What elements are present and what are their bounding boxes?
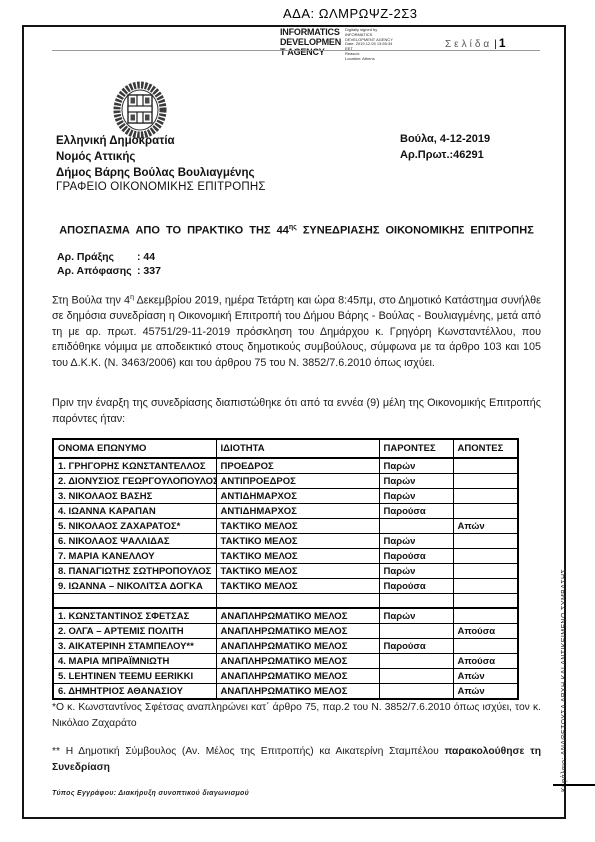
cell-role: ΤΑΚΤΙΚΟ ΜΕΛΟΣ (216, 519, 379, 534)
cell-role: ΠΡΟΕΔΡΟΣ (216, 458, 379, 474)
table-row: 5. ΝΙΚΟΛΑΟΣ ΖΑΧΑΡΑΤΟΣ*ΤΑΚΤΙΚΟ ΜΕΛΟΣΑπών (53, 519, 518, 534)
cell-absent (453, 564, 518, 579)
decision-number-line: Αρ. Απόφασης: 337 (57, 264, 161, 278)
footnote-1: *Ο κ. Κωνσταντίνος Σφέτσας αναπληρώνει κ… (52, 700, 541, 731)
attendance-table: ΟΝΟΜΑ ΕΠΩΝΥΜΟ ΙΔΙΟΤΗΤΑ ΠΑΡΟΝΤΕΣ ΑΠΟΝΤΕΣ … (52, 438, 519, 700)
body-paragraph-1: Στη Βούλα την 4η Δεκεμβρίου 2019, ημέρα … (52, 290, 541, 371)
cell-present: Παρών (379, 608, 453, 624)
cell-absent (453, 489, 518, 504)
place-date: Βούλα, 4-12-2019 (400, 131, 490, 147)
cell-name: 3. ΑΙΚΑΤΕΡΙΝΗ ΣΤΑΜΠΕΛΟΥ** (53, 639, 216, 654)
table-row: 4. ΜΑΡΙΑ ΜΠΡΑΪΜΝΙΩΤΗΑΝΑΠΛΗΡΩΜΑΤΙΚΟ ΜΕΛΟΣ… (53, 654, 518, 669)
page-indicator: Σελίδα|1 (445, 36, 506, 50)
cell-name: 4. ΙΩΑΝΝΑ ΚΑΡΑΠΑΝ (53, 504, 216, 519)
page-indicator-separator: | (494, 39, 497, 50)
cell-absent (453, 639, 518, 654)
cell-absent (453, 579, 518, 594)
protocol-number: Αρ.Πρωτ.:46291 (400, 147, 490, 163)
act-value: : 44 (137, 251, 155, 263)
cell-name: 6. ΝΙΚΟΛΑΟΣ ΨΑΛΛΙΔΑΣ (53, 534, 216, 549)
cell-absent (453, 534, 518, 549)
cell-present (379, 624, 453, 639)
cell-present (379, 684, 453, 700)
cell-role: ΑΝΤΙΔΗΜΑΡΧΟΣ (216, 489, 379, 504)
table-row: 1. ΚΩΝΣΤΑΝΤΙΝΟΣ ΣΦΕΤΣΑΣΑΝΑΠΛΗΡΩΜΑΤΙΚΟ ΜΕ… (53, 608, 518, 624)
margin-tick-line (553, 784, 595, 786)
cell-present: Παρούσα (379, 579, 453, 594)
cell-present (379, 669, 453, 684)
table-row: 4. ΙΩΑΝΝΑ ΚΑΡΑΠΑΝΑΝΤΙΔΗΜΑΡΧΟΣΠαρούσα (53, 504, 518, 519)
cell-present: Παρούσα (379, 504, 453, 519)
cell-name: 5. LEHTINEN TEEMU EERIKKI (53, 669, 216, 684)
spacer-cell (216, 594, 379, 609)
cell-role: ΑΝΑΠΛΗΡΩΜΑΤΙΚΟ ΜΕΛΟΣ (216, 608, 379, 624)
table-row: 6. ΔΗΜΗΤΡΙΟΣ ΑΘΑΝΑΣΙΟΥΑΝΑΠΛΗΡΩΜΑΤΙΚΟ ΜΕΛ… (53, 684, 518, 700)
table-row: 9. ΙΩΑΝΝΑ – ΝΙΚΟΛΙΤΣΑ ΔΟΓΚΑΤΑΚΤΙΚΟ ΜΕΛΟΣ… (53, 579, 518, 594)
cell-present: Παρών (379, 474, 453, 489)
table-row: 6. ΝΙΚΟΛΑΟΣ ΨΑΛΛΙΔΑΣΤΑΚΤΙΚΟ ΜΕΛΟΣΠαρών (53, 534, 518, 549)
spacer-cell (453, 594, 518, 609)
cell-role: ΤΑΚΤΙΚΟ ΜΕΛΟΣ (216, 534, 379, 549)
stamp-agency-line: DEVELOPMEN (280, 37, 341, 47)
greek-republic-emblem (112, 80, 168, 140)
cell-absent (453, 458, 518, 474)
act-number-line: Αρ. Πράξης: 44 (57, 250, 161, 264)
decision-value: : 337 (137, 265, 161, 277)
cell-absent: Απών (453, 519, 518, 534)
cell-role: ΑΝΑΠΛΗΡΩΜΑΤΙΚΟ ΜΕΛΟΣ (216, 639, 379, 654)
document-page: ΑΔΑ: ΩΛΜΡΩΨΖ-2Σ3 INFORMATICSDEVELOPMENT … (0, 0, 595, 842)
header-rule (52, 50, 540, 51)
cell-present (379, 654, 453, 669)
stamp-agency-name: INFORMATICSDEVELOPMENT AGENCY (280, 27, 341, 62)
cell-role: ΑΝΑΠΛΗΡΩΜΑΤΙΚΟ ΜΕΛΟΣ (216, 669, 379, 684)
cell-name: 5. ΝΙΚΟΛΑΟΣ ΖΑΧΑΡΑΤΟΣ* (53, 519, 216, 534)
spacer-cell (379, 594, 453, 609)
cell-present: Παρούσα (379, 549, 453, 564)
stamp-agency-line: INFORMATICS (280, 27, 341, 37)
cell-absent (453, 504, 518, 519)
table-spacer-row (53, 594, 518, 609)
cell-role: ΑΝΤΙΔΗΜΑΡΧΟΣ (216, 504, 379, 519)
title-superscript: ης (289, 224, 297, 231)
table-row: 7. ΜΑΡΙΑ ΚΑΝΕΛΛΟΥΤΑΚΤΙΚΟ ΜΕΛΟΣΠαρούσα (53, 549, 518, 564)
cell-name: 7. ΜΑΡΙΑ ΚΑΝΕΛΛΟΥ (53, 549, 216, 564)
table-row: 8. ΠΑΝΑΓΙΩΤΗΣ ΣΩΤΗΡΟΠΟΥΛΟΣΤΑΚΤΙΚΟ ΜΕΛΟΣΠ… (53, 564, 518, 579)
cell-role: ΤΑΚΤΙΚΟ ΜΕΛΟΣ (216, 549, 379, 564)
table-row: 2. ΟΛΓΑ – ΑΡΤΕΜΙΣ ΠΟΛΙΤΗΑΝΑΠΛΗΡΩΜΑΤΙΚΟ Μ… (53, 624, 518, 639)
decision-label: Αρ. Απόφασης (57, 264, 137, 278)
cell-absent (453, 474, 518, 489)
cell-name: 2. ΔΙΟΝΥΣΙΟΣ ΓΕΩΡΓΟΥΛΟΠΟΥΛΟΣ (53, 474, 216, 489)
page-number: 1 (499, 36, 506, 50)
cell-present: Παρών (379, 458, 453, 474)
cell-absent: Απών (453, 669, 518, 684)
ada-code: ΑΔΑ: ΩΛΜΡΩΨΖ-2Σ3 (283, 6, 418, 21)
cell-name: 1. ΓΡΗΓΟΡΗΣ ΚΩΝΣΤΑΝΤΕΛΛΟΣ (53, 458, 216, 474)
act-label: Αρ. Πράξης (57, 250, 137, 264)
cell-name: 1. ΚΩΝΣΤΑΝΤΙΝΟΣ ΣΦΕΤΣΑΣ (53, 608, 216, 624)
margin-chapter-caption: Κεφάλαιο: ΑΝΑΘΕΤΟΥΣΑ ΑΡΧΗ ΚΑΙ ΑΝΤΙΚΕΙΜΕΝ… (561, 569, 568, 792)
cell-present: Παρών (379, 489, 453, 504)
cell-present: Παρών (379, 564, 453, 579)
organization-line: Δήμος Βάρης Βούλας Βουλιαγμένης (56, 165, 254, 181)
cell-present (379, 519, 453, 534)
organization-line: Νομός Αττικής (56, 149, 254, 165)
paragraph-text: Στη Βούλα την 4 (52, 295, 130, 307)
document-type-footer: Τύπος Εγγράφου: Διακήρυξη συνοπτικού δια… (52, 790, 249, 797)
cell-name: 3. ΝΙΚΟΛΑΟΣ ΒΑΣΗΣ (53, 489, 216, 504)
table-row: 3. ΑΙΚΑΤΕΡΙΝΗ ΣΤΑΜΠΕΛΟΥ**ΑΝΑΠΛΗΡΩΜΑΤΙΚΟ … (53, 639, 518, 654)
digital-signature-stamp: INFORMATICSDEVELOPMENT AGENCY Digitally … (280, 27, 393, 62)
cell-name: 4. ΜΑΡΙΑ ΜΠΡΑΪΜΝΙΩΤΗ (53, 654, 216, 669)
table-row: 1. ΓΡΗΓΟΡΗΣ ΚΩΝΣΤΑΝΤΕΛΛΟΣΠΡΟΕΔΡΟΣΠαρών (53, 458, 518, 474)
column-header-present: ΠΑΡΟΝΤΕΣ (379, 439, 453, 458)
column-header-absent: ΑΠΟΝΤΕΣ (453, 439, 518, 458)
organization-header: Ελληνική ΔημοκρατίαΝομός ΑττικήςΔήμος Βά… (56, 133, 254, 181)
cell-absent: Απούσα (453, 654, 518, 669)
cell-role: ΤΑΚΤΙΚΟ ΜΕΛΟΣ (216, 564, 379, 579)
cell-absent: Απών (453, 684, 518, 700)
stamp-detail-line: Location: Athens (345, 57, 393, 62)
cell-name: 8. ΠΑΝΑΓΙΩΤΗΣ ΣΩΤΗΡΟΠΟΥΛΟΣ (53, 564, 216, 579)
cell-present: Παρών (379, 534, 453, 549)
cell-name: 2. ΟΛΓΑ – ΑΡΤΕΜΙΣ ΠΟΛΙΤΗ (53, 624, 216, 639)
cell-role: ΑΝΑΠΛΗΡΩΜΑΤΙΚΟ ΜΕΛΟΣ (216, 654, 379, 669)
table-row: 3. ΝΙΚΟΛΑΟΣ ΒΑΣΗΣΑΝΤΙΔΗΜΑΡΧΟΣΠαρών (53, 489, 518, 504)
organization-line: Ελληνική Δημοκρατία (56, 133, 254, 149)
table-row: 5. LEHTINEN TEEMU EERIKKIΑΝΑΠΛΗΡΩΜΑΤΙΚΟ … (53, 669, 518, 684)
cell-role: ΤΑΚΤΙΚΟ ΜΕΛΟΣ (216, 579, 379, 594)
cell-name: 9. ΙΩΑΝΝΑ – ΝΙΚΟΛΙΤΣΑ ΔΟΓΚΑ (53, 579, 216, 594)
body-paragraph-2: Πριν την έναρξη της συνεδρίασης διαπιστώ… (52, 396, 541, 427)
footnote-2: ** Η Δημοτική Σύμβουλος (Αν. Μέλος της Ε… (52, 744, 541, 775)
page-indicator-label: Σελίδα (445, 39, 492, 50)
office-name: ΓΡΑΦΕΙΟ ΟΙΚΟΝΟΜΙΚΗΣ ΕΠΙΤΡΟΠΗΣ (56, 181, 266, 193)
date-protocol-block: Βούλα, 4-12-2019 Αρ.Πρωτ.:46291 (400, 131, 490, 163)
cell-absent (453, 549, 518, 564)
cell-absent: Απούσα (453, 624, 518, 639)
cell-present: Παρούσα (379, 639, 453, 654)
table-header-row: ΟΝΟΜΑ ΕΠΩΝΥΜΟ ΙΔΙΟΤΗΤΑ ΠΑΡΟΝΤΕΣ ΑΠΟΝΤΕΣ (53, 439, 518, 458)
stamp-signature-details: Digitally signed byINFORMATICSDEVELOPMEN… (345, 27, 393, 62)
title-text: ΑΠΟΣΠΑΣΜΑ ΑΠΟ ΤΟ ΠΡΑΚΤΙΚΟ ΤΗΣ 44 (59, 225, 289, 237)
stamp-agency-line: T AGENCY (280, 47, 341, 57)
column-header-name: ΟΝΟΜΑ ΕΠΩΝΥΜΟ (53, 439, 216, 458)
spacer-cell (53, 594, 216, 609)
footnote-2-text: ** Η Δημοτική Σύμβουλος (Αν. Μέλος της Ε… (52, 746, 444, 757)
cell-role: ΑΝΤΙΠΡΟΕΔΡΟΣ (216, 474, 379, 489)
document-title: ΑΠΟΣΠΑΣΜΑ ΑΠΟ ΤΟ ΠΡΑΚΤΙΚΟ ΤΗΣ 44ης ΣΥΝΕΔ… (52, 224, 541, 237)
title-text-2: ΣΥΝΕΔΡΙΑΣΗΣ ΟΙΚΟΝΟΜΙΚΗΣ ΕΠΙΤΡΟΠΗΣ (297, 225, 534, 237)
act-numbers: Αρ. Πράξης: 44 Αρ. Απόφασης: 337 (57, 250, 161, 278)
cell-name: 6. ΔΗΜΗΤΡΙΟΣ ΑΘΑΝΑΣΙΟΥ (53, 684, 216, 700)
cell-role: ΑΝΑΠΛΗΡΩΜΑΤΙΚΟ ΜΕΛΟΣ (216, 684, 379, 700)
column-header-role: ΙΔΙΟΤΗΤΑ (216, 439, 379, 458)
cell-absent (453, 608, 518, 624)
table-row: 2. ΔΙΟΝΥΣΙΟΣ ΓΕΩΡΓΟΥΛΟΠΟΥΛΟΣΑΝΤΙΠΡΟΕΔΡΟΣ… (53, 474, 518, 489)
cell-role: ΑΝΑΠΛΗΡΩΜΑΤΙΚΟ ΜΕΛΟΣ (216, 624, 379, 639)
